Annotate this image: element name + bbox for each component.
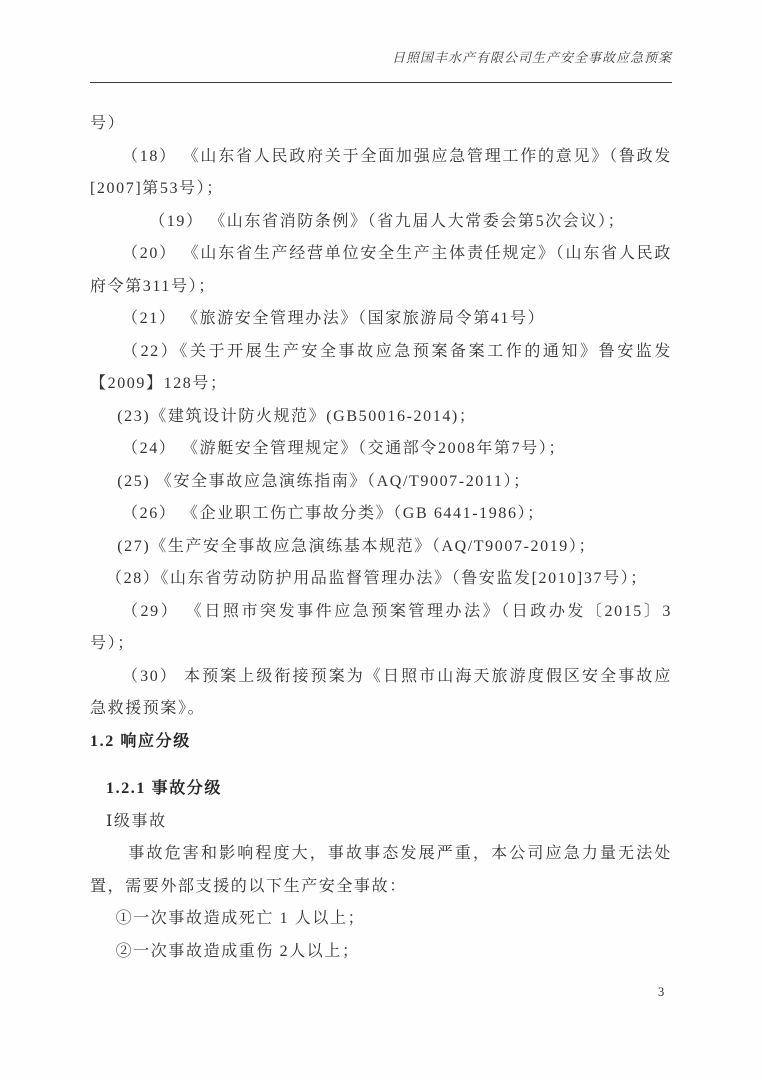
page-number: 3 <box>658 982 664 1002</box>
section-heading-response-grading: 1.2 响应分级 <box>90 726 672 759</box>
reference-item-24: （24） 《游艇安全管理规定》（交通部令2008年第7号）； <box>90 433 672 466</box>
reference-item-29: （29） 《日照市突发事件应急预案管理办法》（日政办发〔2015〕3号）； <box>90 596 672 661</box>
reference-item-20: （20） 《山东省生产经营单位安全生产主体责任规定》（山东省人民政府令第311号… <box>90 238 672 303</box>
accident-level-label: Ⅰ级事故 <box>90 806 672 839</box>
document-body: 号） （18） 《山东省人民政府关于全面加强应急管理工作的意见》（鲁政发[200… <box>90 108 672 968</box>
reference-item-26: （26） 《企业职工伤亡事故分类》（GB 6441-1986）； <box>90 498 672 531</box>
reference-item-19: （19） 《山东省消防条例》（省九届人大常委会第5次会议）； <box>90 206 672 239</box>
criterion-item-1: ①一次事故造成死亡 1 人以上； <box>90 903 672 936</box>
reference-item-18: （18） 《山东省人民政府关于全面加强应急管理工作的意见》（鲁政发[2007]第… <box>90 141 672 206</box>
reference-item-30: （30） 本预案上级衔接预案为《日照市山海天旅游度假区安全事故应急救援预案》。 <box>90 661 672 726</box>
criterion-item-2: ②一次事故造成重伤 2人以上； <box>90 936 672 969</box>
carryover-line: 号） <box>90 108 672 141</box>
page-header: 日照国丰水产有限公司生产安全事故应急预案 <box>90 42 672 83</box>
subsection-heading-accident-grading: 1.2.1 事故分级 <box>90 773 672 806</box>
reference-item-21: （21） 《旅游安全管理办法》（国家旅游局令第41号） <box>90 303 672 336</box>
reference-item-23: (23)《建筑设计防火规范》(GB50016-2014)； <box>90 401 672 434</box>
running-header-title: 日照国丰水产有限公司生产安全事故应急预案 <box>392 50 672 65</box>
reference-item-22: （22）《关于开展生产安全事故应急预案备案工作的通知》鲁安监发【2009】128… <box>90 336 672 401</box>
reference-item-27: (27)《生产安全事故应急演练基本规范》（AQ/T9007-2019）； <box>90 531 672 564</box>
document-page: 日照国丰水产有限公司生产安全事故应急预案 号） （18） 《山东省人民政府关于全… <box>0 0 762 1080</box>
accident-level-description: 事故危害和影响程度大，事故事态发展严重，本公司应急力量无法处置，需要外部支援的以… <box>90 838 672 903</box>
reference-item-28: （28）《山东省劳动防护用品监督管理办法》（鲁安监发[2010]37号）； <box>90 563 672 596</box>
reference-item-25: (25) 《安全事故应急演练指南》（AQ/T9007-2011）； <box>90 466 672 499</box>
